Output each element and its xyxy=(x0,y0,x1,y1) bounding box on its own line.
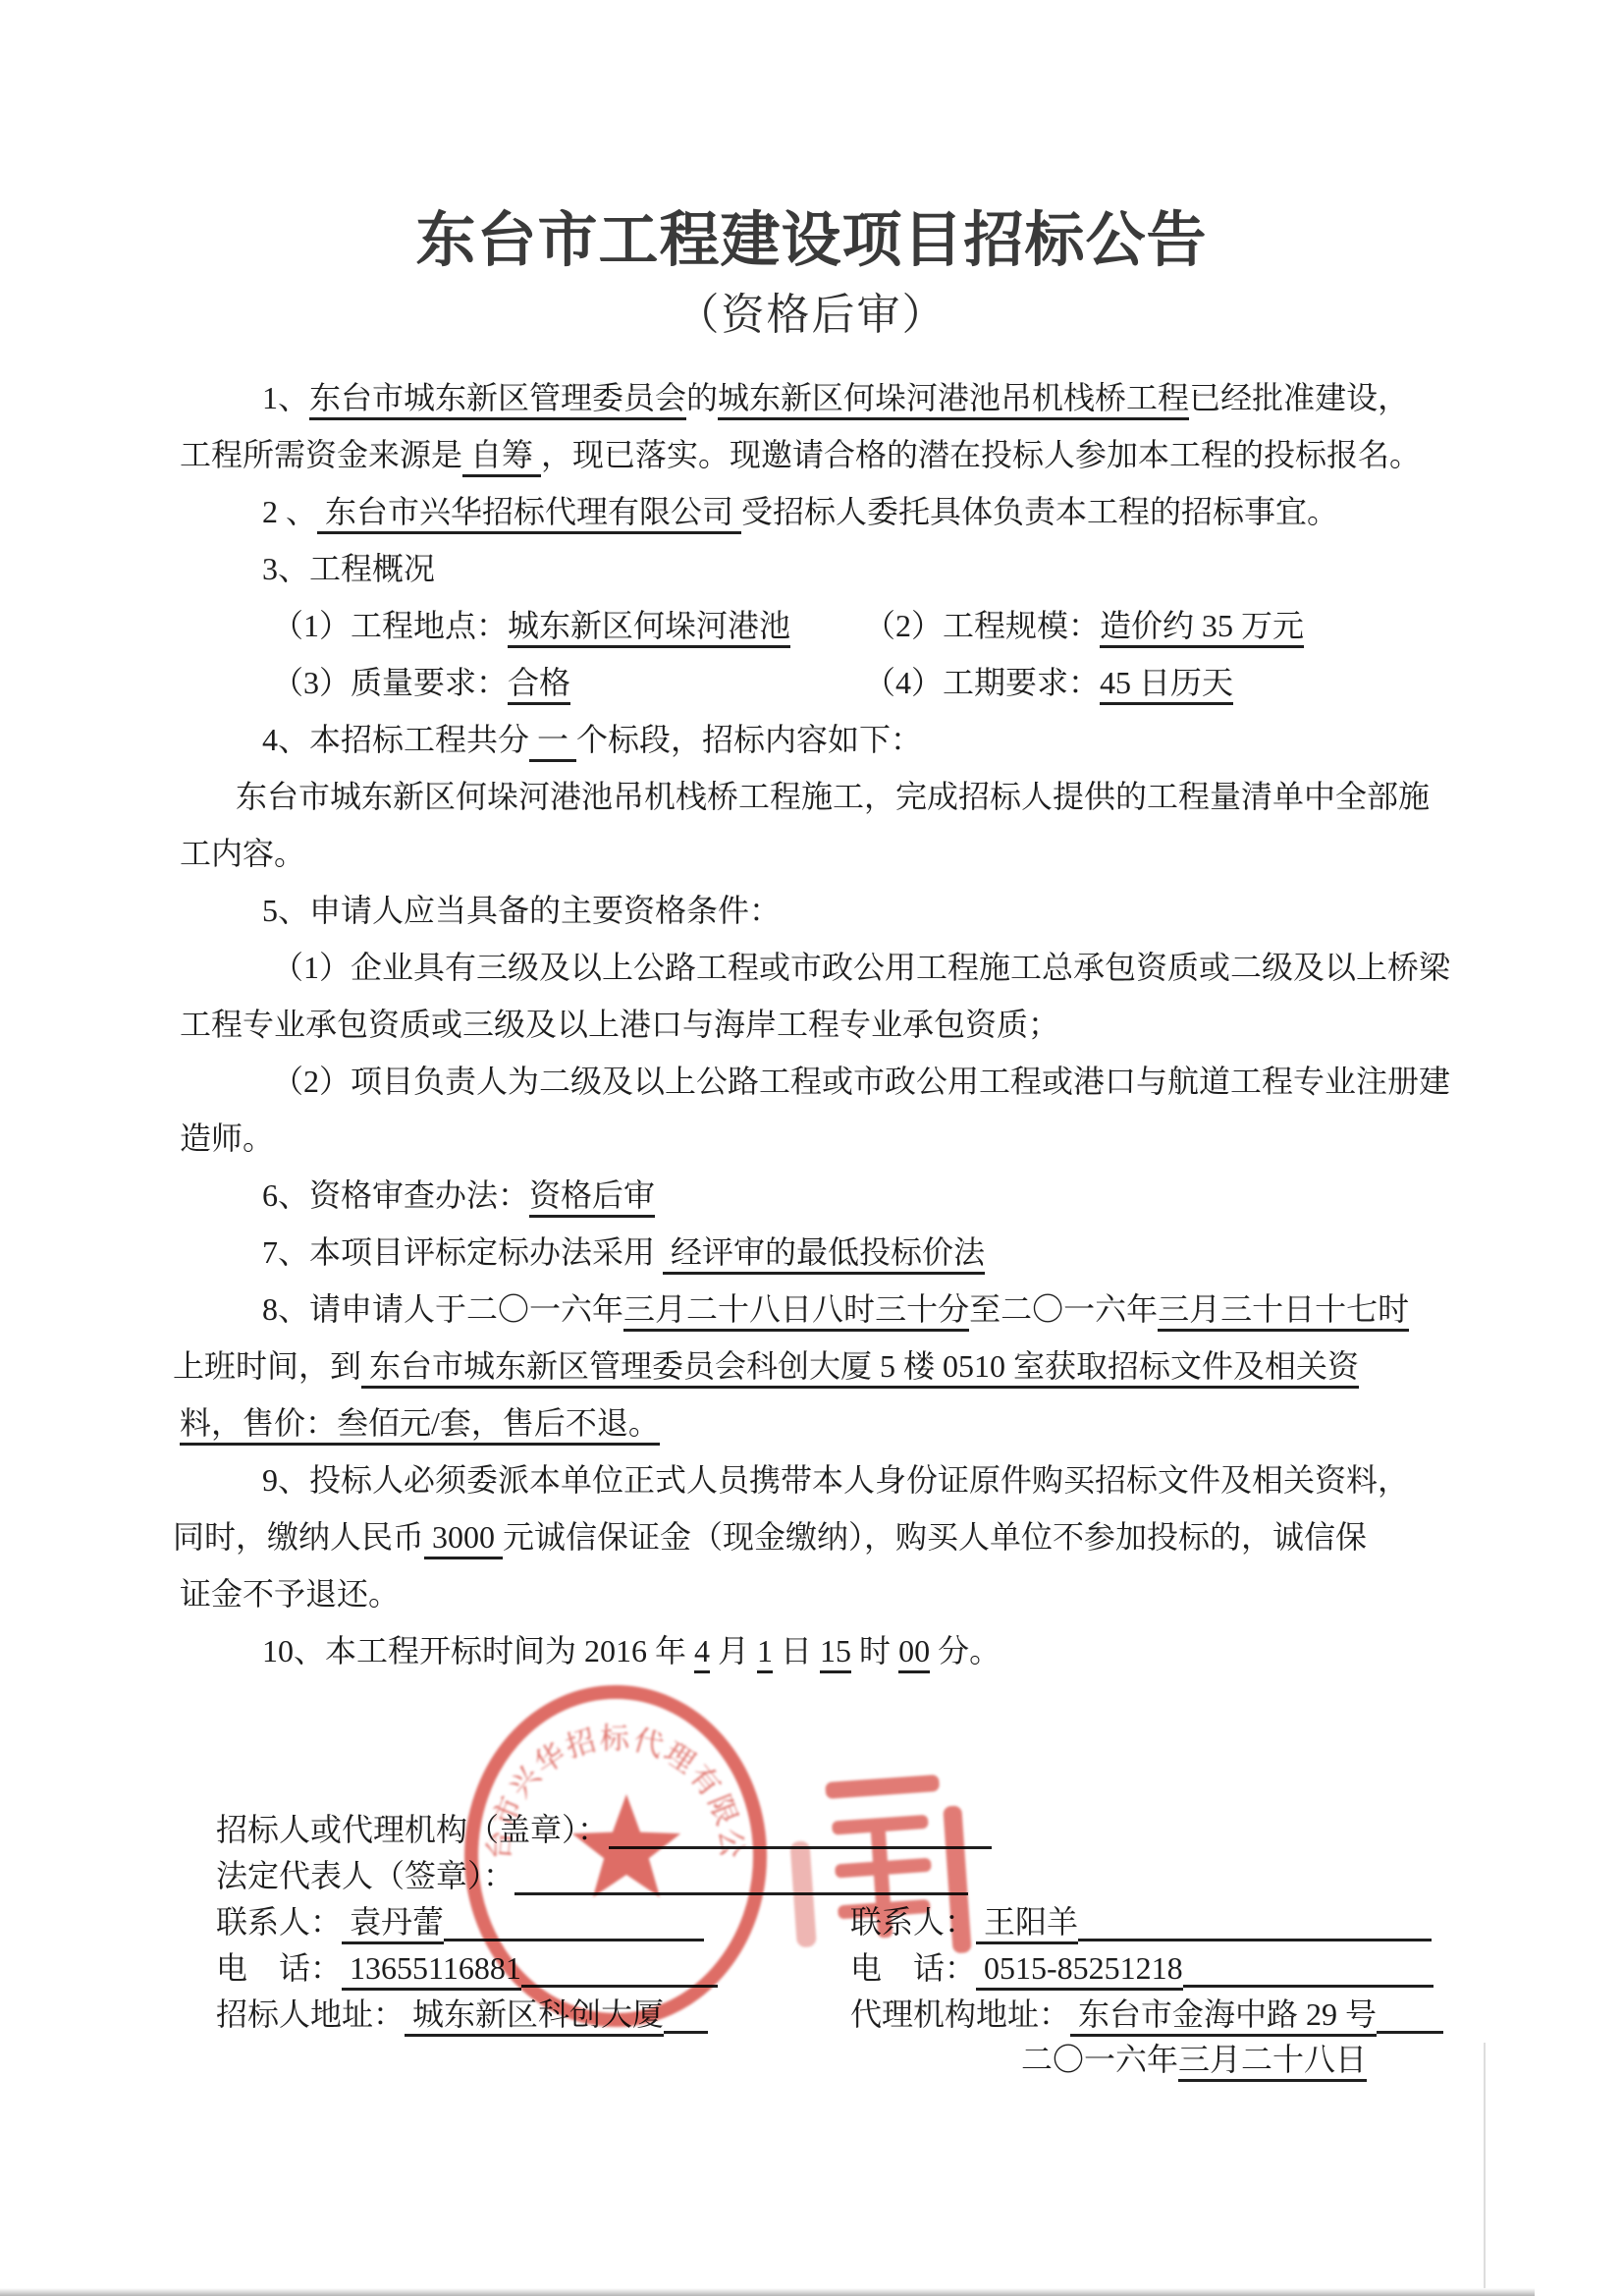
underlined-value: 三十日 xyxy=(1220,1291,1315,1332)
text-segment: 法定代表人（签章）： xyxy=(216,1858,514,1893)
underlined-value: 东台市城东新区管理委员会科创大厦 5 楼 0510 室获取招标文件及相关资 xyxy=(361,1348,1359,1389)
blank-underline xyxy=(609,1846,992,1849)
text-line: （2）工程规模：造价约 35 万元 xyxy=(864,606,1304,645)
underlined-value: 15 xyxy=(820,1633,851,1673)
text-segment: 联系人： xyxy=(216,1904,342,1940)
document-page: 东台市工程建设项目招标公告 （资格后审） 1、东台市城东新区管理委员会的城东新区… xyxy=(0,0,1623,2296)
underlined-value: 城东新区科创大厦 xyxy=(405,1996,664,2037)
text-segment: 证金不予退还。 xyxy=(180,1576,400,1612)
text-line: 证金不予退还。 xyxy=(180,1574,400,1613)
text-line: 招标人地址： 城东新区科创大厦 xyxy=(216,1995,708,2034)
underlined-value: 00 xyxy=(898,1633,930,1673)
underlined-value: 二十八日 xyxy=(686,1291,812,1332)
text-segment: 8、请申请人于二〇一六年 xyxy=(262,1291,623,1327)
text-segment: 工程所需资金来源是 xyxy=(180,437,462,472)
text-line: 电 话： 0515-85251218 xyxy=(850,1948,1434,1988)
text-line: 工程专业承包资质或三级及以上港口与海岸工程专业承包资质； xyxy=(180,1005,1059,1044)
underlined-value: 三月 xyxy=(623,1291,686,1332)
text-segment: 招标人或代理机构（盖章）： xyxy=(216,1812,609,1847)
underlined-value: 三月 xyxy=(1178,2042,1241,2082)
text-segment: 同时，缴纳人民币 xyxy=(173,1519,424,1555)
text-segment: 5、申请人应当具备的主要资格条件： xyxy=(262,893,781,928)
document-title: 东台市工程建设项目招标公告 xyxy=(0,192,1623,278)
underlined-value: 经评审的最低投标价法 xyxy=(663,1234,985,1275)
text-line: 代理机构地址： 东台市金海中路 29 号 xyxy=(850,1995,1443,2034)
text-line: 7、本项目评标定标办法采用 经评审的最低投标价法 xyxy=(262,1232,985,1272)
text-segment: 2 、 xyxy=(262,494,317,529)
text-segment: （4）工期要求： xyxy=(864,665,1100,700)
underlined-value: 1 xyxy=(757,1633,773,1673)
text-segment: （1）工程地点： xyxy=(272,608,508,643)
underlined-value: 袁丹蕾 xyxy=(342,1904,444,1944)
text-segment: 10、本工程开标时间为 2016 年 xyxy=(262,1633,694,1668)
text-segment: 电 话： xyxy=(216,1950,342,1986)
underlined-value: 城东新区何垛河港池 xyxy=(508,608,790,648)
blank-underline xyxy=(1377,2031,1443,2034)
text-segment: （2）项目负责人为二级及以上公路工程或市政公用工程或港口与航道工程专业注册建 xyxy=(272,1064,1450,1099)
text-line: 5、申请人应当具备的主要资格条件： xyxy=(262,891,781,930)
text-line: （1）工程地点：城东新区何垛河港池 xyxy=(272,606,790,645)
blank-underline xyxy=(444,1939,704,1941)
text-line: 4、本招标工程共分 一 个标段，招标内容如下： xyxy=(262,720,922,759)
underlined-value: 城东新区何垛河港池吊机栈桥工程 xyxy=(718,380,1189,420)
text-line: 6、资格审查办法：资格后审 xyxy=(262,1175,655,1215)
text-segment: 至二〇一六年 xyxy=(969,1291,1158,1327)
text-segment: 招标人地址： xyxy=(216,1996,405,2032)
text-line: 联系人： 袁丹蕾 xyxy=(216,1902,704,1941)
text-segment: 工程专业承包资质或三级及以上港口与海岸工程专业承包资质； xyxy=(180,1007,1059,1042)
text-segment: 联系人： xyxy=(850,1904,976,1940)
text-line: （3）质量要求：合格 xyxy=(272,663,570,702)
blank-underline xyxy=(514,1892,968,1895)
text-segment: 时 xyxy=(851,1633,898,1668)
text-segment: 东台市城东新区何垛河港池吊机栈桥工程施工，完成招标人提供的工程量清单中全部施 xyxy=(236,779,1430,814)
text-line: （2）项目负责人为二级及以上公路工程或市政公用工程或港口与航道工程专业注册建 xyxy=(272,1062,1450,1101)
scan-edge-artifact xyxy=(1484,2043,1486,2288)
text-line: （1）企业具有三级及以上公路工程或市政公用工程施工总承包资质或二级及以上桥梁 xyxy=(272,948,1450,987)
text-segment: 分。 xyxy=(930,1633,1001,1668)
text-segment: 7、本项目评标定标办法采用 xyxy=(262,1234,663,1270)
text-segment: 日 xyxy=(773,1633,820,1668)
text-line: 10、本工程开标时间为 2016 年 4 月 1 日 15 时 00 分。 xyxy=(262,1631,1001,1670)
text-segment: 受招标人委托具体负责本工程的招标事宜。 xyxy=(741,494,1338,529)
text-line: 招标人或代理机构（盖章）： xyxy=(216,1810,992,1849)
text-segment: 的 xyxy=(686,380,718,415)
text-segment: 月 xyxy=(710,1633,757,1668)
underlined-value: 三十分 xyxy=(875,1291,969,1332)
underlined-value: 13655116881 xyxy=(342,1950,521,1991)
underlined-value: 王阳羊 xyxy=(976,1904,1078,1944)
text-segment: 造师。 xyxy=(180,1121,274,1156)
text-line: 2 、 东台市兴华招标代理有限公司 受招标人委托具体负责本工程的招标事宜。 xyxy=(262,492,1338,531)
text-segment: （1）企业具有三级及以上公路工程或市政公用工程施工总承包资质或二级及以上桥梁 xyxy=(272,950,1450,985)
text-line: 造师。 xyxy=(180,1119,274,1158)
text-segment: 9、投标人必须委派本单位正式人员携带本人身份证原件购买招标文件及相关资料， xyxy=(262,1462,1409,1498)
blank-underline xyxy=(1078,1939,1432,1941)
underlined-value: 0515-85251218 xyxy=(976,1950,1183,1991)
text-segment: （2）工程规模： xyxy=(864,608,1100,643)
underlined-value: 十七时 xyxy=(1315,1291,1409,1332)
text-line: 联系人： 王阳羊 xyxy=(850,1902,1432,1941)
underlined-value: 料，售价：叁佰元/套，售后不退。 xyxy=(180,1405,660,1446)
text-line: 上班时间，到 东台市城东新区管理委员会科创大厦 5 楼 0510 室获取招标文件… xyxy=(173,1346,1359,1386)
underlined-value: 东台市城东新区管理委员会 xyxy=(309,380,686,420)
text-segment: （3）质量要求： xyxy=(272,665,508,700)
text-segment: 工内容。 xyxy=(180,836,305,871)
text-segment: 已经批准建设， xyxy=(1189,380,1409,415)
document-subtitle: （资格后审） xyxy=(0,279,1623,342)
text-line: 工程所需资金来源是 自筹 ，现已落实。现邀请合格的潜在投标人参加本工程的投标报名… xyxy=(180,435,1421,474)
underlined-value: 资格后审 xyxy=(529,1177,655,1218)
text-line: 东台市城东新区何垛河港池吊机栈桥工程施工，完成招标人提供的工程量清单中全部施 xyxy=(236,777,1430,816)
text-segment: 二〇一六年 xyxy=(1021,2042,1178,2077)
text-segment: 3、工程概况 xyxy=(262,551,435,586)
underlined-value: 东台市金海中路 29 号 xyxy=(1070,1996,1377,2037)
text-segment: 6、资格审查办法： xyxy=(262,1177,529,1213)
text-line: （4）工期要求：45 日历天 xyxy=(864,663,1233,702)
text-segment: 元诚信保证金（现金缴纳），购买人单位不参加投标的，诚信保 xyxy=(503,1519,1367,1555)
text-line: 3、工程概况 xyxy=(262,549,435,588)
text-segment: ，现已落实。现邀请合格的潜在投标人参加本工程的投标报名。 xyxy=(541,437,1421,472)
text-segment: 个标段，招标内容如下： xyxy=(576,722,922,757)
underlined-value: 自筹 xyxy=(462,437,541,477)
blank-underline xyxy=(521,1985,718,1988)
underlined-value: 45 日历天 xyxy=(1100,665,1233,705)
text-line: 料，售价：叁佰元/套，售后不退。 xyxy=(180,1403,660,1443)
underlined-value: 八时 xyxy=(812,1291,875,1332)
underlined-value: 造价约 35 万元 xyxy=(1100,608,1304,648)
text-line: 二〇一六年三月二十八日 xyxy=(1021,2040,1367,2079)
text-line: 电 话： 13655116881 xyxy=(216,1948,718,1988)
text-line: 1、东台市城东新区管理委员会的城东新区何垛河港池吊机栈桥工程已经批准建设， xyxy=(262,378,1409,417)
text-segment: 上班时间，到 xyxy=(173,1348,361,1384)
underlined-value: 一 xyxy=(529,722,576,762)
underlined-value: 二十八日 xyxy=(1241,2042,1367,2082)
text-line: 9、投标人必须委派本单位正式人员携带本人身份证原件购买招标文件及相关资料， xyxy=(262,1460,1409,1500)
scan-edge-artifact xyxy=(0,2288,1535,2296)
text-segment: 1、 xyxy=(262,380,309,415)
blank-underline xyxy=(664,2031,708,2034)
underlined-value: 东台市兴华招标代理有限公司 xyxy=(317,494,741,534)
text-line: 同时，缴纳人民币 3000 元诚信保证金（现金缴纳），购买人单位不参加投标的，诚… xyxy=(173,1517,1367,1557)
underlined-value: 3000 xyxy=(424,1519,503,1559)
underlined-value: 合格 xyxy=(508,665,570,705)
text-line: 工内容。 xyxy=(180,834,305,873)
underlined-value: 三月 xyxy=(1158,1291,1220,1332)
underlined-value: 4 xyxy=(694,1633,710,1673)
text-segment: 4、本招标工程共分 xyxy=(262,722,529,757)
text-line: 法定代表人（签章）： xyxy=(216,1856,968,1895)
blank-underline xyxy=(1183,1985,1434,1988)
text-segment: 代理机构地址： xyxy=(850,1996,1070,2032)
text-line: 8、请申请人于二〇一六年三月二十八日八时三十分至二〇一六年三月三十日十七时 xyxy=(262,1289,1409,1329)
text-segment: 电 话： xyxy=(850,1950,976,1986)
